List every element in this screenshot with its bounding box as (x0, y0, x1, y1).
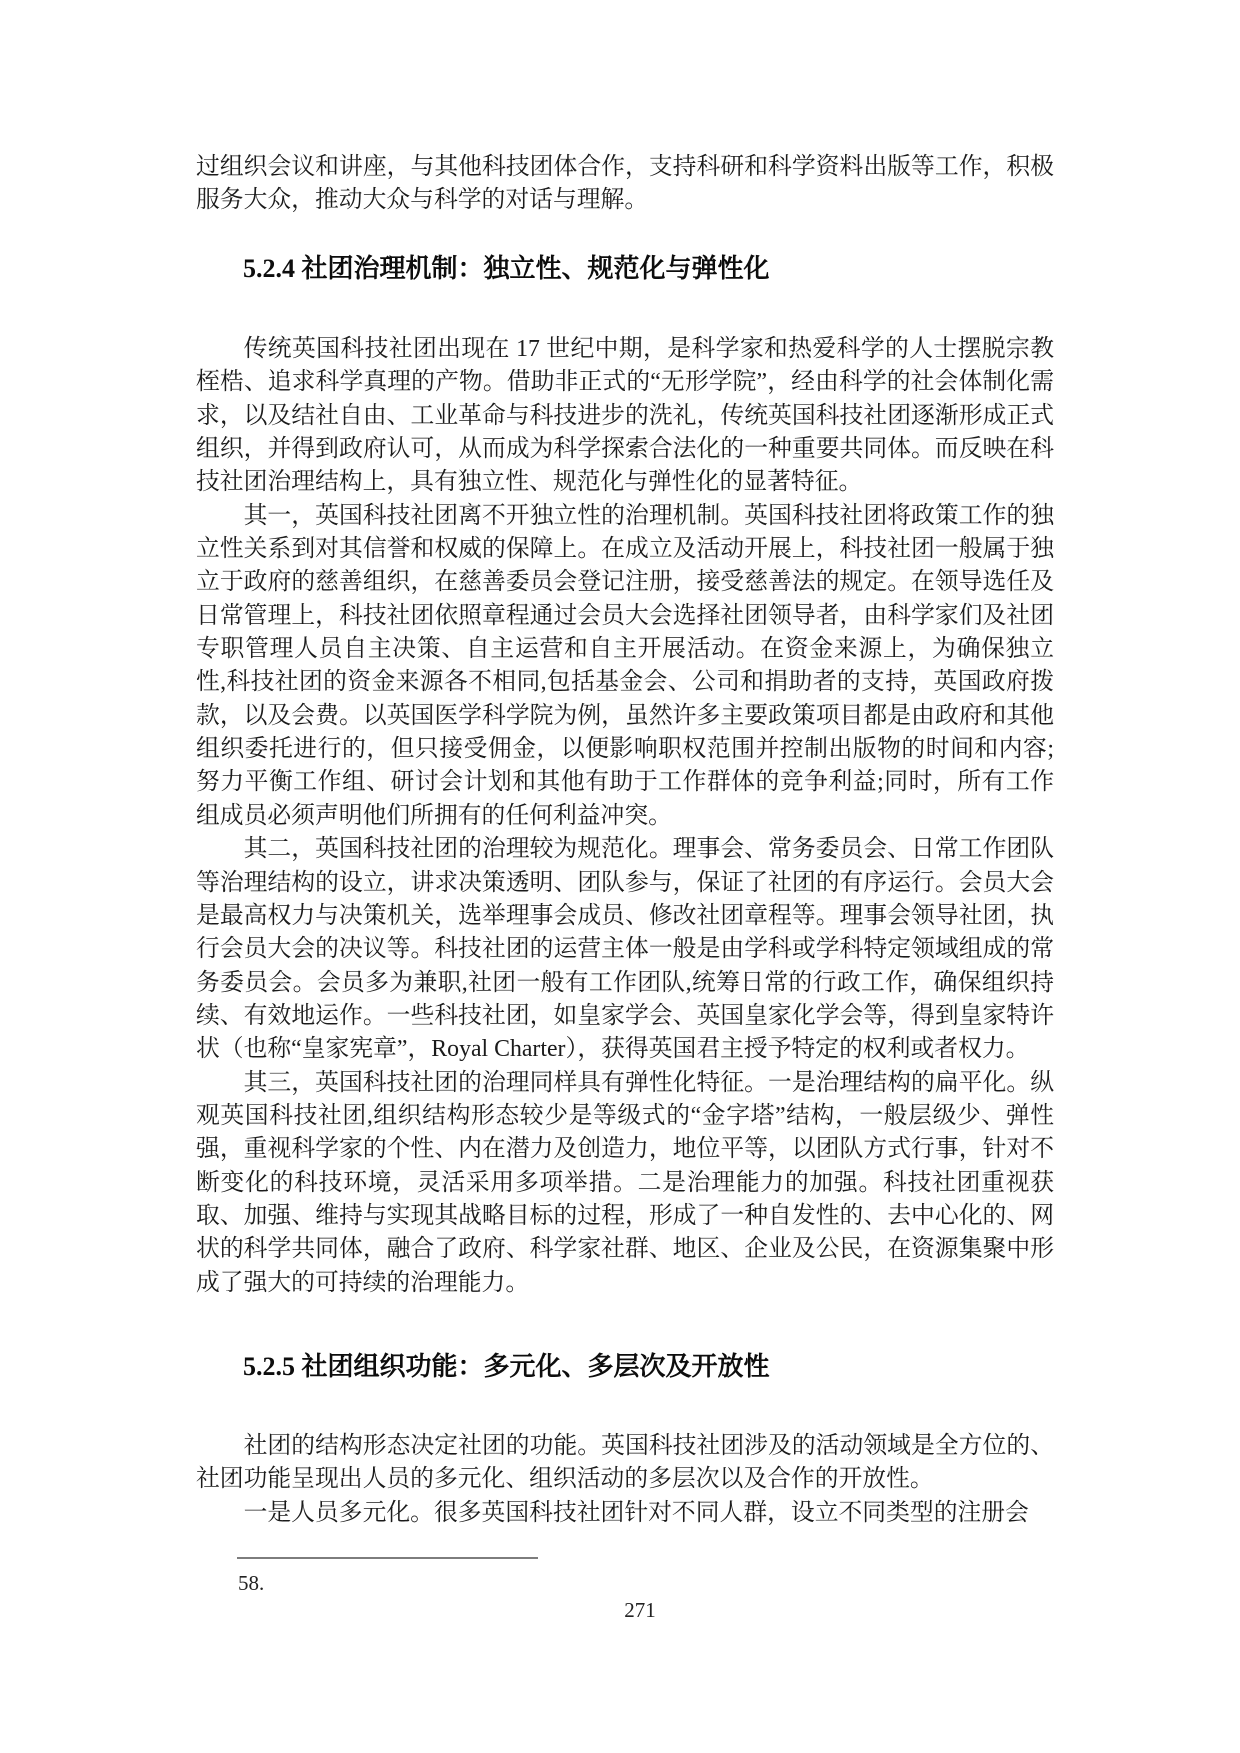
page-number: 271 (577, 1597, 703, 1623)
paragraph: 其三，英国科技社团的治理同样具有弹性化特征。一是治理结构的扁平化。纵观英国科技社… (196, 1067, 1054, 1300)
paragraph: 社团的结构形态决定社团的功能。英国科技社团涉及的活动领域是全方位的、社团功能呈现… (196, 1430, 1054, 1497)
paragraph: 传统英国科技社团出现在 17 世纪中期，是科学家和热爱科学的人士摆脱宗教桎梏、追… (196, 333, 1054, 500)
document-page: 过组织会议和讲座，与其他科技团体合作，支持科研和科学资料出版等工作，积极服务大众… (0, 0, 1240, 1753)
paragraph: 一是人员多元化。很多英国科技社团针对不同人群，设立不同类型的注册会 (196, 1497, 1054, 1530)
section-524-body: 传统英国科技社团出现在 17 世纪中期，是科学家和热爱科学的人士摆脱宗教桎梏、追… (196, 333, 1054, 1300)
section-525-body: 社团的结构形态决定社团的功能。英国科技社团涉及的活动领域是全方位的、社团功能呈现… (196, 1430, 1054, 1530)
section-heading-524: 5.2.4 社团治理机制：独立性、规范化与弹性化 (243, 251, 770, 287)
footnote-separator-rule (237, 1557, 538, 1559)
paragraph: 其二，英国科技社团的治理较为规范化。理事会、常务委员会、日常工作团队等治理结构的… (196, 833, 1054, 1066)
intro-paragraph-block: 过组织会议和讲座，与其他科技团体合作，支持科研和科学资料出版等工作，积极服务大众… (196, 151, 1054, 218)
paragraph: 其一，英国科技社团离不开独立性的治理机制。英国科技社团将政策工作的独立性关系到对… (196, 500, 1054, 833)
footnote-marker: 58. (238, 1570, 264, 1596)
section-heading-525: 5.2.5 社团组织功能：多元化、多层次及开放性 (243, 1349, 770, 1385)
paragraph-continuation: 过组织会议和讲座，与其他科技团体合作，支持科研和科学资料出版等工作，积极服务大众… (196, 151, 1054, 218)
